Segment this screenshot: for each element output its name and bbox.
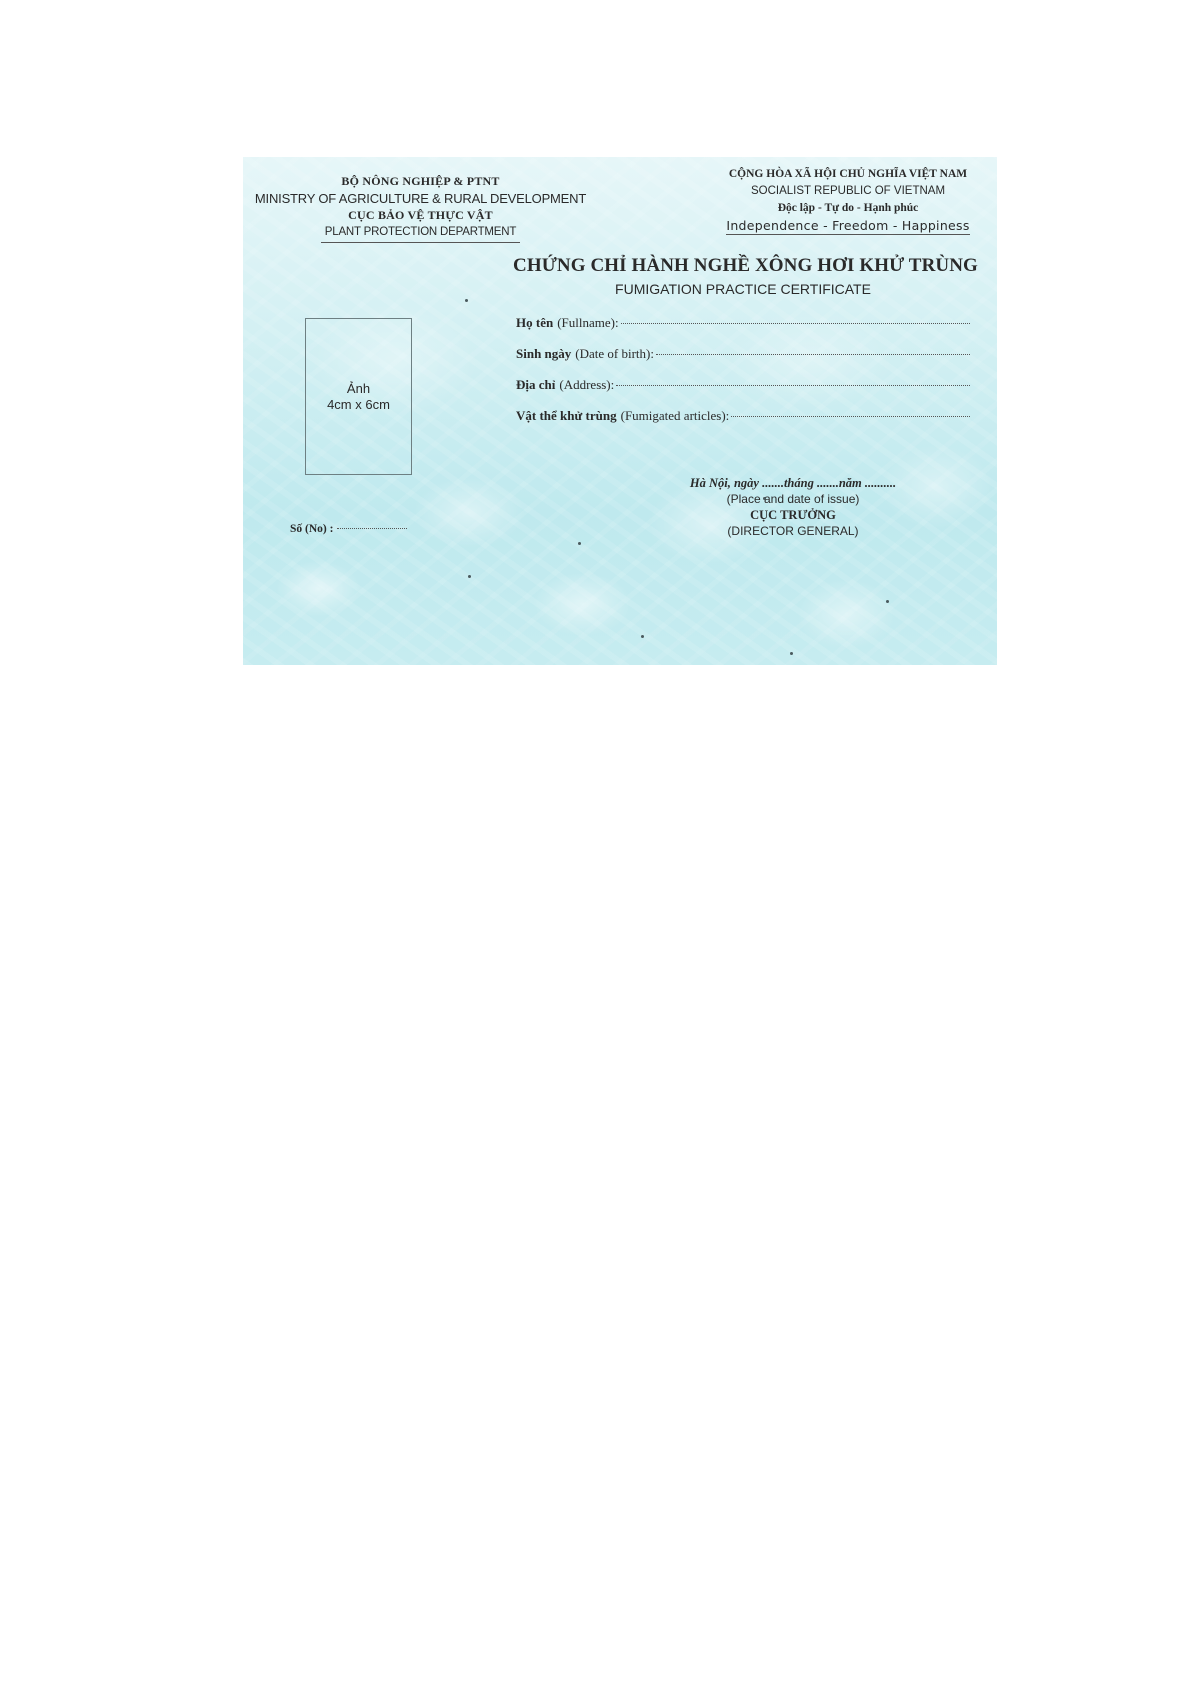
number-label: Số (No) : [290, 523, 333, 535]
field-label-en: (Fullname): [557, 315, 618, 331]
ministry-name-en: MINISTRY OF AGRICULTURE & RURAL DEVELOPM… [243, 190, 598, 207]
field-label-en: (Address): [559, 377, 614, 393]
national-header: CỘNG HÒA XÃ HỘI CHỦ NGHĨA VIỆT NAM SOCIA… [708, 166, 988, 235]
print-speck [465, 299, 468, 302]
place-and-date-en: (Place and date of issue) [663, 491, 923, 507]
signature-block: Hà Nội, ngày .......tháng .......năm ...… [663, 475, 923, 539]
date-of-birth-blank [656, 354, 970, 355]
country-name-vn: CỘNG HÒA XÃ HỘI CHỦ NGHĨA VIỆT NAM [708, 166, 988, 183]
title-vn: CHỨNG CHỈ HÀNH NGHỀ XÔNG HƠI KHỬ TRÙNG [513, 255, 973, 277]
fullname-blank [621, 323, 970, 324]
field-label-vn: Họ tên [516, 315, 553, 331]
fumigated-articles-blank [731, 416, 970, 417]
certificate-number: Số (No) : [290, 523, 407, 535]
photo-placeholder: Ảnh 4cm x 6cm [305, 318, 412, 475]
photo-size: 4cm x 6cm [327, 397, 390, 413]
photo-label: Ảnh [347, 381, 370, 397]
motto-vn: Độc lập - Tự do - Hạnh phúc [708, 200, 988, 217]
print-speck [468, 575, 471, 578]
holder-fields: Họ tên (Fullname): Sinh ngày (Date of bi… [516, 315, 970, 439]
country-name-en: SOCIALIST REPUBLIC OF VIETNAM [708, 183, 988, 200]
field-fullname: Họ tên (Fullname): [516, 315, 970, 346]
print-speck [790, 652, 793, 655]
field-label-vn: Địa chỉ [516, 377, 555, 393]
field-label-en: (Fumigated articles): [621, 408, 730, 424]
fumigation-certificate: BỘ NÔNG NGHIỆP & PTNT MINISTRY OF AGRICU… [243, 157, 997, 665]
field-fumigated-articles: Vật thể khử trùng (Fumigated articles): [516, 408, 970, 439]
field-label-en: (Date of birth): [575, 346, 654, 362]
ministry-name-vn: BỘ NÔNG NGHIỆP & PTNT [243, 173, 598, 190]
signer-title-vn: CỤC TRƯỞNG [663, 507, 923, 523]
field-address: Địa chỉ (Address): [516, 377, 970, 408]
signer-title-en: (DIRECTOR GENERAL) [663, 523, 923, 539]
title-en: FUMIGATION PRACTICE CERTIFICATE [513, 281, 973, 297]
number-blank [337, 528, 407, 529]
print-speck [641, 635, 644, 638]
field-date-of-birth: Sinh ngày (Date of birth): [516, 346, 970, 377]
field-label-vn: Vật thể khử trùng [516, 408, 617, 424]
print-speck [763, 497, 766, 500]
place-and-date: Hà Nội, ngày .......tháng .......năm ...… [663, 475, 923, 491]
certificate-title: CHỨNG CHỈ HÀNH NGHỀ XÔNG HƠI KHỬ TRÙNG F… [513, 255, 973, 297]
print-speck [578, 542, 581, 545]
issuer-header: BỘ NÔNG NGHIỆP & PTNT MINISTRY OF AGRICU… [243, 173, 598, 243]
address-blank [616, 385, 970, 386]
motto-en: Independence - Freedom - Happiness [726, 217, 969, 235]
print-speck [886, 600, 889, 603]
field-label-vn: Sinh ngày [516, 346, 571, 362]
department-name-en: PLANT PROTECTION DEPARTMENT [321, 224, 520, 243]
department-name-vn: CỤC BẢO VỆ THỰC VẬT [243, 207, 598, 224]
